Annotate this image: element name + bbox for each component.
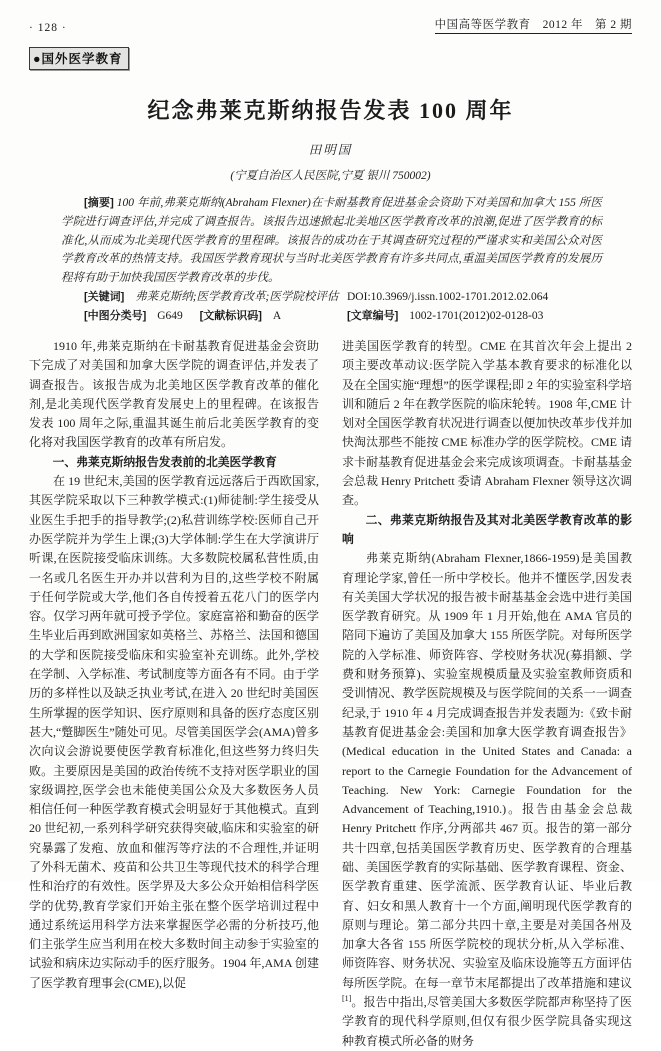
page-header: · 128 · 中国高等医学教育 2012 年 第 2 期	[29, 16, 632, 34]
section-label: ●国外医学教育	[29, 47, 129, 70]
clc-label: [中图分类号]	[84, 310, 146, 322]
heading-section-1: 一、弗莱克斯纳报告发表前的北美医学教育	[29, 453, 319, 472]
article-number-value: 1002-1701(2012)02-0128-03	[409, 310, 543, 322]
abstract: [摘要] 100 年前,弗莱克斯纳(Abraham Flexner)在卡耐基教育…	[61, 194, 602, 288]
keywords-label: [关键词]	[84, 291, 124, 303]
abstract-text: 100 年前,弗莱克斯纳(Abraham Flexner)在卡耐基教育促进基金会…	[61, 197, 602, 284]
author-name: 田明国	[29, 140, 632, 158]
clc-value: G649	[157, 310, 183, 322]
paragraph-intro: 1910 年,弗莱克斯纳在卡耐基教育促进基金会资助下完成了对美国和加拿大医学院的…	[29, 337, 319, 453]
paragraph-section-2: 弗莱克斯纳(Abraham Flexner,1866-1959)是美国教育理论学…	[342, 549, 632, 1051]
paragraph-section-2-text: 弗莱克斯纳(Abraham Flexner,1866-1959)是美国教育理论学…	[342, 551, 632, 990]
abstract-label: [摘要]	[84, 197, 114, 209]
paragraph-section-2-text-after: 。报告中指出,尽管美国大多数医学院都声称坚持了医学教育的现代科学原则,但仅有很少…	[342, 995, 632, 1048]
article-number-label: [文章编号]	[347, 310, 398, 322]
left-column: 1910 年,弗莱克斯纳在卡耐基教育促进基金会资助下完成了对美国和加拿大医学院的…	[29, 337, 319, 1051]
keywords-row: [关键词] 弗莱克斯纳;医学教育改革;医学院校评估 DOI:10.3969/j.…	[61, 288, 602, 307]
paragraph-section-1: 在 19 世纪末,美国的医学教育远远落后于西欧国家,其医学院采取以下三种教学模式…	[29, 472, 319, 993]
paragraph-section-1-continued: 进美国医学教育的转型。CME 在其首次年会上提出 2 项主要改革动议:医学院入学…	[342, 337, 632, 511]
body-columns: 1910 年,弗莱克斯纳在卡耐基教育促进基金会资助下完成了对美国和加拿大医学院的…	[29, 337, 632, 1051]
citation-ref-1: [1]	[342, 994, 351, 1003]
article-title: 纪念弗莱克斯纳报告发表 100 周年	[29, 94, 632, 125]
journal-page: · 128 · 中国高等医学教育 2012 年 第 2 期 ●国外医学教育 纪念…	[0, 0, 661, 881]
doc-code-value: A	[273, 310, 281, 322]
classification-row: [中图分类号] G649 [文献标识码] A [文章编号] 1002-1701(…	[61, 307, 602, 326]
article-number: [文章编号] 1002-1701(2012)02-0128-03	[347, 307, 602, 326]
heading-section-2: 二、弗莱克斯纳报告及其对北美医学教育改革的影响	[342, 511, 632, 550]
keywords-value: 弗莱克斯纳;医学教育改革;医学院校评估	[135, 291, 338, 303]
right-column: 进美国医学教育的转型。CME 在其首次年会上提出 2 项主要改革动议:医学院入学…	[342, 337, 632, 1051]
author-affiliation: (宁夏自治区人民医院,宁夏 银川 750002)	[29, 167, 632, 183]
doc-code-label: [文献标识码]	[200, 310, 262, 322]
doi: DOI:10.3969/j.issn.1002-1701.2012.02.064	[347, 288, 602, 307]
page-number: · 128 ·	[29, 22, 67, 34]
journal-issue-info: 中国高等医学教育 2012 年 第 2 期	[435, 16, 632, 34]
keywords: [关键词] 弗莱克斯纳;医学教育改革;医学院校评估	[84, 288, 347, 307]
section-row: ●国外医学教育	[29, 47, 632, 70]
classification: [中图分类号] G649 [文献标识码] A	[84, 307, 347, 326]
